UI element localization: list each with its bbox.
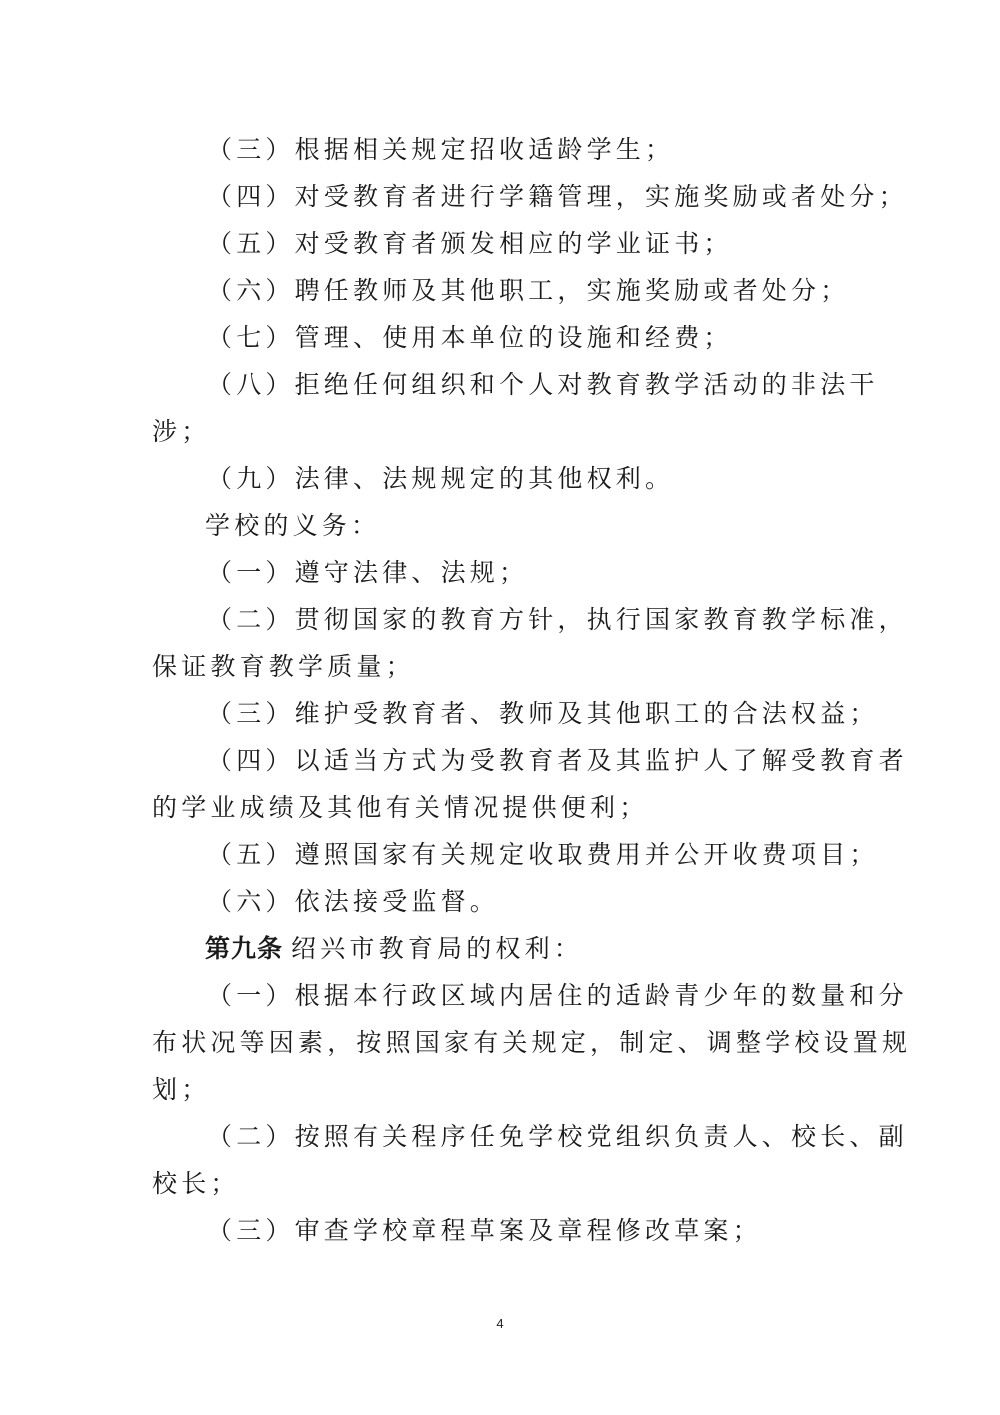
clause-item: （五）遵照国家有关规定收取费用并公开收费项目； <box>207 838 907 872</box>
clause-item: （八）拒绝任何组织和个人对教育教学活动的非法干 <box>207 368 907 402</box>
clause-item: （六）聘任教师及其他职工，实施奖励或者处分； <box>207 274 907 308</box>
document-page: （三）根据相关规定招收适龄学生； （四）对受教育者进行学籍管理，实施奖励或者处分… <box>0 0 1000 1415</box>
clause-item: （五）对受教育者颁发相应的学业证书； <box>207 227 907 261</box>
section-heading: 学校的义务： <box>205 509 905 543</box>
clause-item: （六）依法接受监督。 <box>207 885 907 919</box>
clause-item-continuation: 涉； <box>152 415 852 449</box>
clause-item-continuation: 的学业成绩及其他有关情况提供便利； <box>152 791 852 825</box>
clause-item: （二）贯彻国家的教育方针，执行国家教育教学标准， <box>207 603 907 637</box>
clause-item: （二）按照有关程序任免学校党组织负责人、校长、副 <box>207 1120 907 1154</box>
clause-item: （九）法律、法规规定的其他权利。 <box>207 462 907 496</box>
clause-item-continuation: 划； <box>152 1073 852 1107</box>
clause-item-continuation: 布状况等因素，按照国家有关规定，制定、调整学校设置规 <box>152 1026 852 1060</box>
article-heading: 第九条绍兴市教育局的权利： <box>205 932 905 966</box>
clause-item: （三）根据相关规定招收适龄学生； <box>207 133 907 167</box>
article-title: 绍兴市教育局的权利： <box>291 934 583 963</box>
clause-item-continuation: 保证教育教学质量； <box>152 650 852 684</box>
clause-item: （三）审查学校章程草案及章程修改草案； <box>207 1214 907 1248</box>
clause-item-continuation: 校长； <box>152 1167 852 1201</box>
clause-item: （一）根据本行政区域内居住的适龄青少年的数量和分 <box>207 979 907 1013</box>
clause-item: （三）维护受教育者、教师及其他职工的合法权益； <box>207 697 907 731</box>
page-number: 4 <box>0 1316 1000 1331</box>
article-number: 第九条 <box>205 934 283 963</box>
clause-item: （七）管理、使用本单位的设施和经费； <box>207 321 907 355</box>
clause-item: （四）对受教育者进行学籍管理，实施奖励或者处分； <box>207 180 907 214</box>
clause-item: （四）以适当方式为受教育者及其监护人了解受教育者 <box>207 744 907 778</box>
clause-item: （一）遵守法律、法规； <box>207 556 907 590</box>
